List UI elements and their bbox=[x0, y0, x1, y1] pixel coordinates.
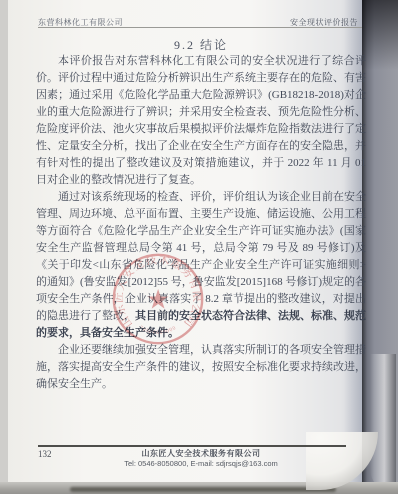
scanned-page-photo: 东营科林化工有限公司 安全现状评价报告 9.2 结论 本评价报告对东营科林化工有… bbox=[0, 0, 398, 494]
paragraph-text: 本评价报告对东营科林化工有限公司的安全状况进行了综合评价。评价过程中通过危险分析… bbox=[36, 55, 366, 186]
body-paragraph: 本评价报告对东营科林化工有限公司的安全状况进行了综合评价。评价过程中通过危险分析… bbox=[36, 53, 366, 189]
footer-contact: Tel: 0546-8050800, E-mail: sdjrsqjs@163.… bbox=[36, 459, 366, 468]
body-paragraph: 企业还要继续加强安全管理，认真落实所制订的各项安全管理措施，落实提高安全生产条件… bbox=[36, 342, 366, 393]
paragraph-text: 企业还要继续加强安全管理，认真落实所制订的各项安全管理措施，落实提高安全生产条件… bbox=[36, 344, 366, 390]
footer-rule bbox=[38, 445, 346, 447]
document-body: 本评价报告对东营科林化工有限公司的安全状况进行了综合评价。评价过程中通过危险分析… bbox=[36, 53, 366, 393]
section-title: 9.2 结论 bbox=[36, 36, 366, 53]
body-paragraph: 通过对该系统现场的检查、评价，评价组认为该企业目前在安全管理、周边环境、总平面布… bbox=[36, 189, 366, 342]
book-spine-shadow bbox=[362, 0, 398, 494]
bottom-edge-shadow bbox=[70, 487, 336, 492]
footer-company-name: 山东匠人安全技术服务有限公司 bbox=[36, 448, 366, 459]
header-rule bbox=[38, 27, 362, 28]
paragraph-text: 通过对该系统现场的检查、评价，评价组认为该企业目前在安全管理、周边环境、总平面布… bbox=[36, 191, 366, 322]
